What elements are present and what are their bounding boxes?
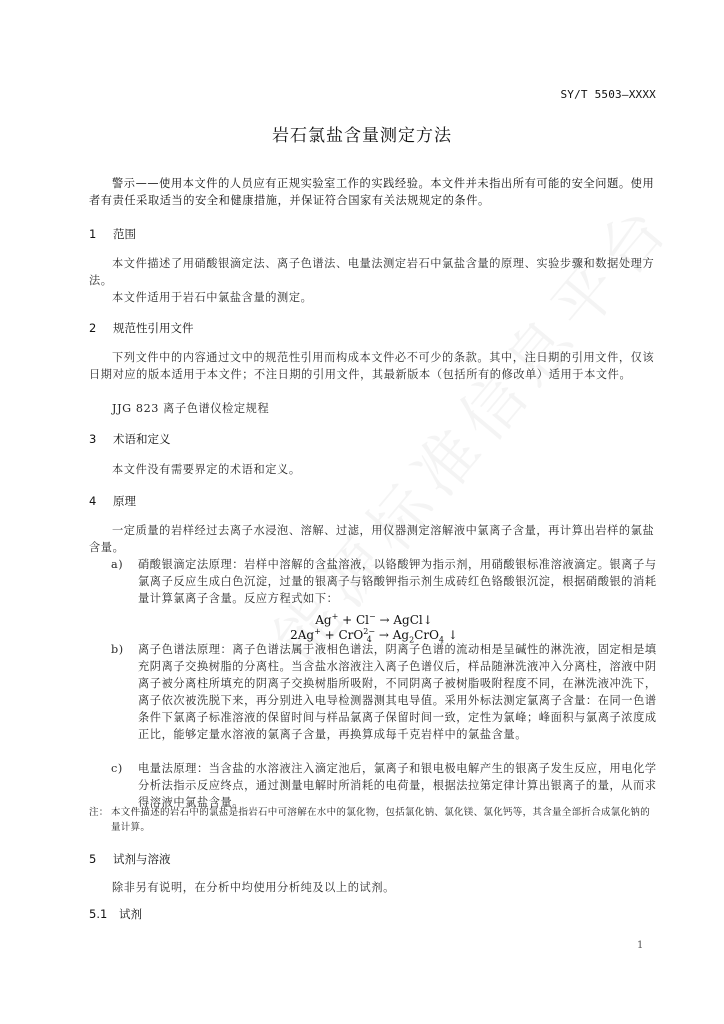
reference-item: JJG 823 离子色谱仪检定规程 — [89, 400, 659, 417]
eq-sup: + — [314, 627, 321, 636]
list-item-b: b) 离子色谱法原理：离子色谱法属于液相色谱法，阴离子色谱的流动相是呈碱性的淋洗… — [111, 641, 659, 743]
section-3-heading: 3术语和定义 — [89, 431, 171, 447]
section-title: 原理 — [113, 494, 136, 508]
list-text: 硝酸银滴定法原理：岩样中溶解的含盐溶液，以铬酸钾为指示剂，用硝酸银标准溶液滴定。… — [138, 556, 659, 607]
document-page: 能源标准信息平台 SY/T 5503—XXXX 岩石氯盐含量测定方法 警示——使… — [0, 0, 724, 1024]
eq-term: 2Ag — [290, 628, 314, 642]
paragraph: 除非另有说明，在分析中均使用分析纯及以上的试剂。 — [89, 879, 659, 896]
section-number: 2 — [89, 321, 113, 335]
note: 注： 本文件描述的岩石中的氯盐是指岩石中可溶解在水中的氯化物，包括氯化钠、氯化镁… — [89, 805, 659, 835]
note-text: 本文件描述的岩石中的氯盐是指岩石中可溶解在水中的氯化物，包括氯化钠、氯化镁、氯化… — [111, 805, 659, 835]
paragraph: 下列文件中的内容通过文中的规范性引用而构成本文件必不可少的条款。其中，注日期的引… — [89, 349, 659, 383]
list-item-a: a) 硝酸银滴定法原理：岩样中溶解的含盐溶液，以铬酸钾为指示剂，用硝酸银标准溶液… — [111, 556, 659, 607]
page-number: 1 — [637, 940, 643, 951]
section-title: 术语和定义 — [113, 432, 171, 446]
list-text: 离子色谱法原理：离子色谱法属于液相色谱法，阴离子色谱的流动相是呈碱性的淋洗液，固… — [138, 641, 659, 743]
subsection-number: 5.1 — [89, 907, 119, 921]
eq-term: ↓ — [444, 628, 458, 642]
section-number: 3 — [89, 432, 113, 446]
list-item-c: c) 电量法原理：当含盐的水溶液注入滴定池后，氯离子和银电极电解产生的银离子发生… — [111, 760, 659, 811]
section-number: 1 — [89, 227, 113, 241]
eq-term: + CrO — [321, 628, 363, 642]
section-4-heading: 4原理 — [89, 493, 136, 509]
safety-warning: 警示——使用本文件的人员应有正规实验室工作的实践经验。本文件并未指出所有可能的安… — [89, 175, 659, 209]
paragraph: 本文件描述了用硝酸银滴定法、离子色谱法、电量法测定岩石中氯盐含量的原理、实验步骤… — [89, 255, 659, 289]
list-marker: a) — [111, 556, 135, 573]
section-number: 5 — [89, 852, 113, 866]
section-5-heading: 5试剂与溶液 — [89, 851, 171, 867]
section-title: 规范性引用文件 — [113, 321, 194, 335]
paragraph: 一定质量的岩样经过去离子水浸泡、溶解、过滤，用仪器测定溶解液中氯离子含量，再计算… — [89, 522, 659, 556]
document-code: SY/T 5503—XXXX — [560, 88, 656, 101]
eq-term: CrO — [414, 628, 439, 642]
section-title: 范围 — [113, 227, 136, 241]
list-text: 电量法原理：当含盐的水溶液注入滴定池后，氯离子和银电极电解产生的银离子发生反应，… — [138, 760, 659, 811]
section-title: 试剂与溶液 — [113, 852, 171, 866]
document-title: 岩石氯盐含量测定方法 — [0, 121, 724, 146]
section-1-heading: 1范围 — [89, 226, 136, 242]
section-2-heading: 2规范性引用文件 — [89, 320, 194, 336]
list-marker: b) — [111, 641, 135, 658]
note-marker: 注： — [89, 805, 109, 820]
paragraph: 本文件适用于岩石中氯盐含量的测定。 — [89, 289, 659, 306]
section-number: 4 — [89, 494, 113, 508]
subsection-5-1-heading: 5.1试剂 — [89, 906, 142, 922]
eq-sup: − — [369, 612, 376, 621]
paragraph: 本文件没有需要界定的术语和定义。 — [89, 461, 659, 478]
list-marker: c) — [111, 760, 135, 777]
subsection-title: 试剂 — [119, 907, 142, 921]
eq-term: → Ag — [375, 628, 409, 642]
